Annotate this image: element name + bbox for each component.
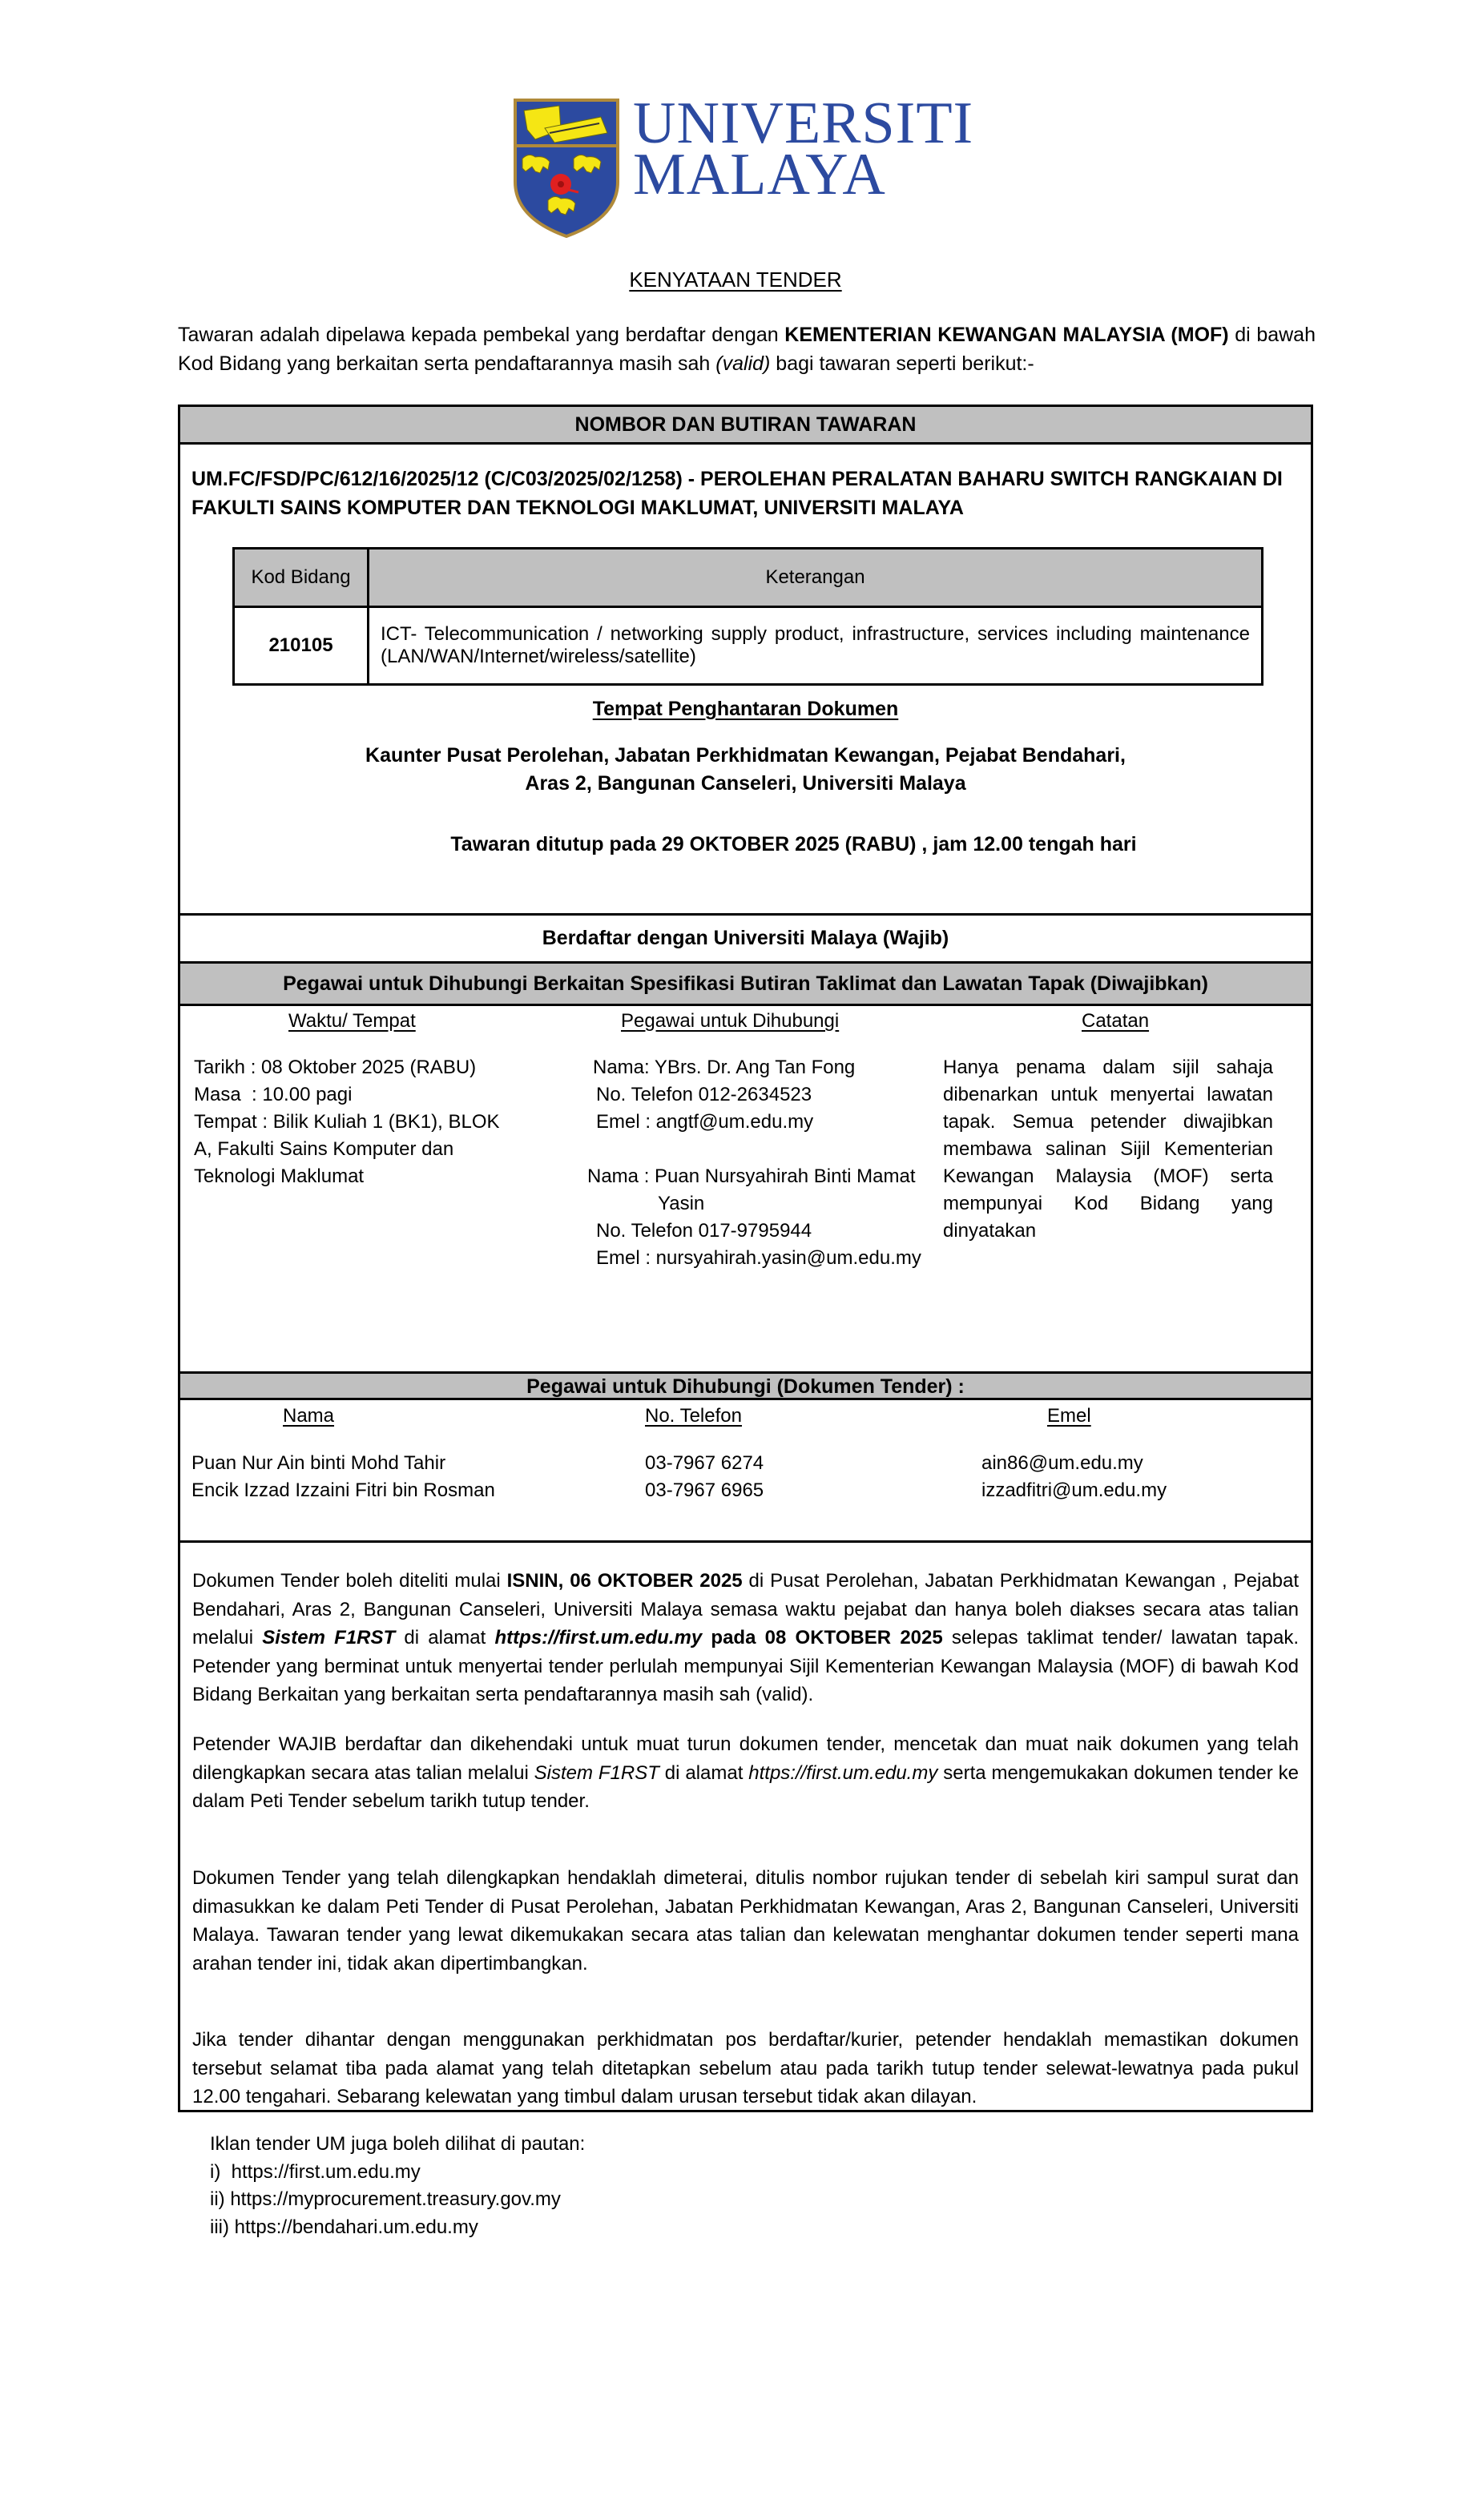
col-catatan: Catatan: [1082, 1010, 1149, 1033]
logo-wordmark: UNIVERSITI MALAYA: [633, 98, 973, 200]
briefing-header: Pegawai untuk Dihubungi Berkaitan Spesif…: [180, 961, 1311, 1006]
doc-contact-phones: 03-7967 6274 03-7967 6965: [645, 1450, 764, 1504]
col-pegawai: Pegawai untuk Dihubungi: [621, 1010, 839, 1033]
keterangan-value: ICT- Telecommunication / networking supp…: [369, 607, 1263, 685]
col-waktu: Waktu/ Tempat: [288, 1010, 416, 1033]
col-telefon: No. Telefon: [645, 1405, 742, 1427]
doc-contacts-header: Pegawai untuk Dihubungi (Dokumen Tender)…: [180, 1371, 1311, 1400]
divider: [180, 1540, 1311, 1543]
university-logo: UNIVERSITI MALAYA: [513, 98, 961, 238]
link-item[interactable]: i) https://first.um.edu.my: [210, 2159, 585, 2187]
table-row: 210105 ICT- Telecommunication / networki…: [234, 607, 1263, 685]
crest-shield-icon: [513, 98, 620, 239]
kod-value: 210105: [234, 607, 369, 685]
paragraph-submission: Dokumen Tender yang telah dilengkapkan h…: [192, 1864, 1299, 1978]
keterangan-header: Keterangan: [369, 549, 1263, 607]
closing-date: Tawaran ditutup pada 29 OKTOBER 2025 (RA…: [276, 833, 1311, 856]
kod-bidang-table: Kod Bidang Keterangan 210105 ICT- Teleco…: [232, 547, 1263, 686]
intro-paragraph: Tawaran adalah dipelawa kepada pembekal …: [178, 320, 1316, 378]
col-nama: Nama: [283, 1405, 334, 1427]
delivery-address: Kaunter Pusat Perolehan, Jabatan Perkhid…: [180, 742, 1311, 798]
tender-details-box: NOMBOR DAN BUTIRAN TAWARAN UM.FC/FSD/PC/…: [178, 405, 1313, 2112]
link-item[interactable]: iii) https://bendahari.um.edu.my: [210, 2214, 585, 2242]
kod-header: Kod Bidang: [234, 549, 369, 607]
first-link[interactable]: https://first.um.edu.my: [495, 1627, 703, 1648]
doc-contact-emails: ain86@um.edu.my izzadfitri@um.edu.my: [981, 1450, 1167, 1504]
link-item[interactable]: ii) https://myprocurement.treasury.gov.m…: [210, 2186, 585, 2214]
delivery-heading: Tempat Penghantaran Dokumen: [180, 698, 1311, 721]
briefing-contact-2: Nama : Puan Nursyahirah Binti Mamat Yasi…: [587, 1163, 921, 1272]
briefing-contact-1: Nama: YBrs. Dr. Ang Tan Fong No. Telefon…: [593, 1054, 855, 1136]
first-link[interactable]: https://first.um.edu.my: [748, 1762, 937, 1784]
section-header: NOMBOR DAN BUTIRAN TAWARAN: [180, 407, 1311, 445]
tender-reference: UM.FC/FSD/PC/612/16/2025/12 (C/C03/2025/…: [191, 465, 1300, 522]
doc-contact-names: Puan Nur Ain binti Mohd Tahir Encik Izza…: [191, 1450, 495, 1504]
registration-requirement: Berdaftar dengan Universiti Malaya (Waji…: [180, 913, 1311, 961]
briefing-notes: Hanya penama dalam sijil sahaja dibenark…: [943, 1054, 1273, 1245]
logo-line-2: MALAYA: [633, 149, 973, 200]
paragraph-registration: Petender WAJIB berdaftar dan dikehendaki…: [192, 1730, 1299, 1816]
page-title: KENYATAAN TENDER: [0, 268, 1471, 292]
col-emel: Emel: [1047, 1405, 1091, 1427]
paragraph-document-inspection: Dokumen Tender boleh diteliti mulai ISNI…: [192, 1567, 1299, 1709]
briefing-schedule: Tarikh : 08 Oktober 2025 (RABU) Masa : 1…: [194, 1054, 500, 1190]
tender-ad-links: Iklan tender UM juga boleh dilihat di pa…: [210, 2131, 585, 2241]
paragraph-courier: Jika tender dihantar dengan menggunakan …: [192, 2026, 1299, 2111]
